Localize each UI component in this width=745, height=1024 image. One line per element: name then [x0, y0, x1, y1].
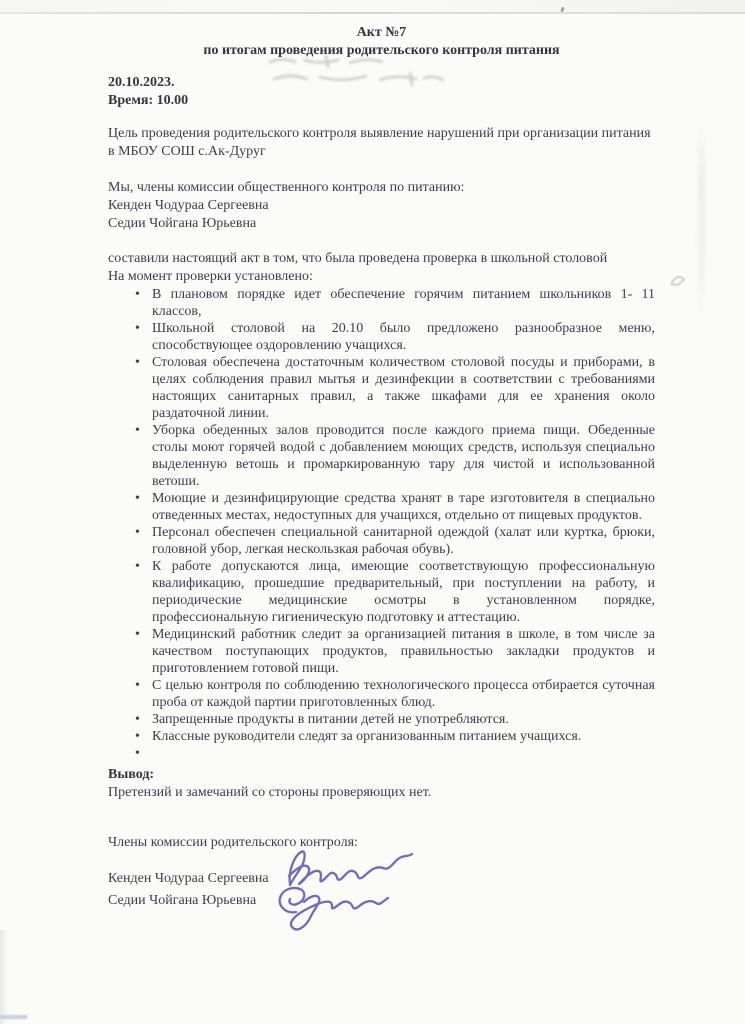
scan-squiggle — [668, 270, 688, 297]
document-body: Акт №7 по итогам проведения родительског… — [108, 0, 655, 912]
document-title: Акт №7 по итогам проведения родительског… — [108, 24, 655, 60]
finding-item: Столовая обеспечена достаточным количест… — [152, 354, 655, 422]
finding-item: Классные руководители следят за организо… — [152, 728, 655, 745]
finding-item-empty — [152, 745, 655, 762]
findings-list: В плановом порядке идет обеспечение горя… — [108, 286, 655, 762]
finding-item: Медицинский работник следит за организац… — [152, 626, 655, 677]
title-line-2: по итогам проведения родительского контр… — [108, 42, 655, 60]
finding-item: С целью контроля по соблюдению технологи… — [152, 677, 655, 711]
title-line-1: Акт №7 — [108, 24, 655, 42]
document-time: Время: 10.00 — [108, 92, 655, 110]
finding-item: В плановом порядке идет обеспечение горя… — [152, 286, 655, 320]
scan-streak — [698, 118, 705, 333]
finding-item: Уборка обеденных залов проводится после … — [152, 422, 655, 490]
conclusion-text: Претензий и замечаний со стороны проверя… — [108, 784, 655, 802]
date-time-block: 20.10.2023. Время: 10.00 — [108, 74, 655, 110]
scanned-document-page: Акт №7 по итогам проведения родительског… — [0, 0, 745, 1024]
finding-item: Персонал обеспечен специальной санитарно… — [152, 524, 655, 558]
purpose-paragraph: Цель проведения родительского контроля в… — [108, 125, 655, 161]
commission-intro: Мы, члены комиссии общественного контрол… — [108, 179, 655, 197]
conclusion-label: Вывод: — [108, 766, 655, 784]
scan-edge-shadow — [0, 930, 8, 1024]
findings-intro: На момент проверки установлено: — [108, 268, 655, 286]
act-statement: составили настоящий акт в том, что была … — [108, 250, 655, 268]
finding-item: Запрещенные продукты в питании детей не … — [152, 711, 655, 728]
conclusion-block: Вывод: Претензий и замечаний со стороны … — [108, 766, 655, 802]
commission-block: Мы, члены комиссии общественного контрол… — [108, 179, 655, 233]
document-date: 20.10.2023. — [108, 74, 655, 92]
finding-item: Школьной столовой на 20.10 было предложе… — [152, 320, 655, 354]
commission-member: Седии Чойгана Юрьевна — [108, 215, 655, 233]
finding-item: К работе допускаются лица, имеющие соотв… — [152, 558, 655, 626]
commission-member: Кенден Чодураа Сергеевна — [108, 197, 655, 215]
handwritten-signatures — [276, 840, 421, 937]
finding-item: Моющие и дезинфицирующие средства хранят… — [152, 490, 655, 524]
